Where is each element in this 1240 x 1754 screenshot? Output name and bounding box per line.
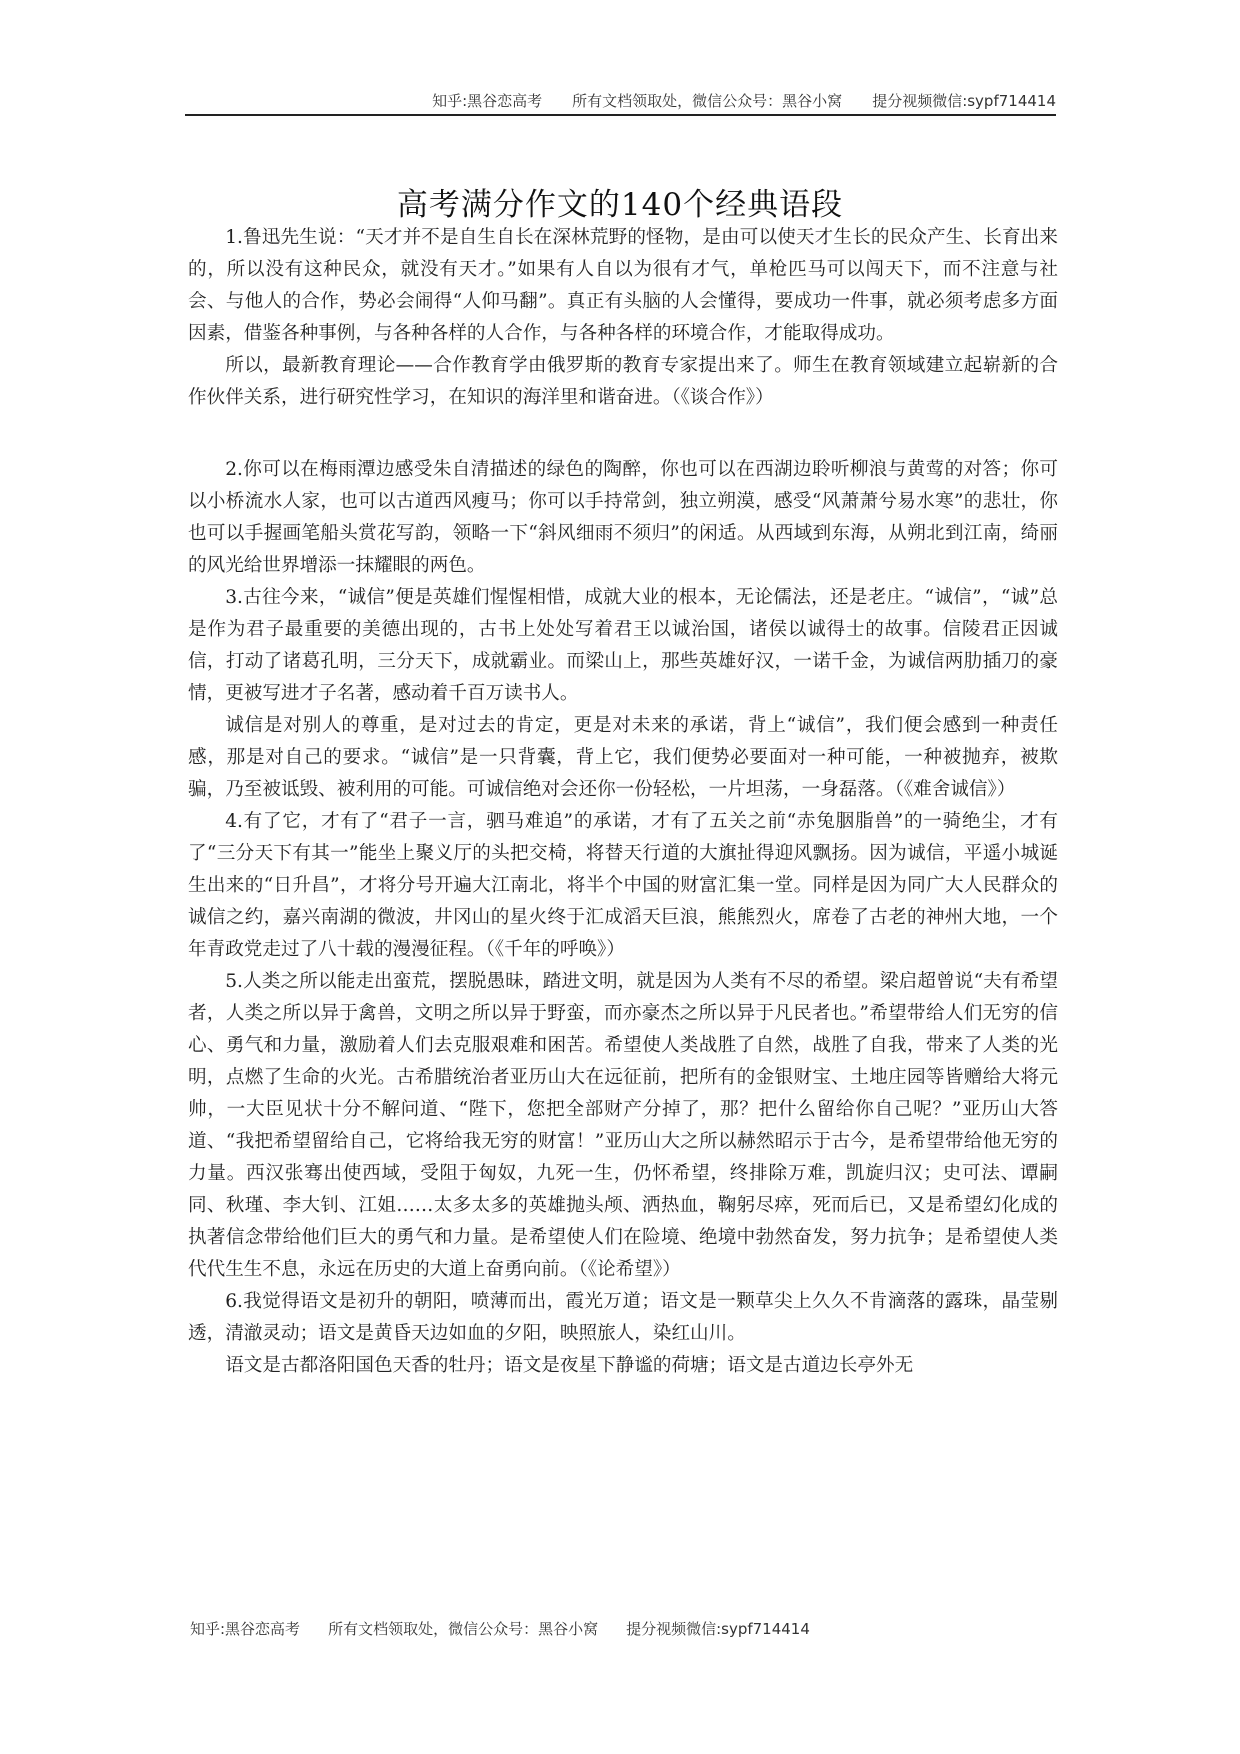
- footer-zhihu: 知乎:黑谷恋高考: [190, 1618, 300, 1639]
- page-header: 知乎:黑谷恋高考 所有文档领取处，微信公众号：黑谷小窝 提分视频微信:sypf7…: [185, 88, 1056, 116]
- footer-wechat-public: 所有文档领取处，微信公众号：黑谷小窝: [328, 1618, 598, 1639]
- paragraph-1: 1.鲁迅先生说：“天才并不是自生自长在深林荒野的怪物，是由可以使天才生长的民众产…: [188, 222, 1058, 350]
- paragraph-5: 5.人类之所以能走出蛮荒，摆脱愚昧，踏进文明，就是因为人类有不尽的希望。梁启超曾…: [188, 966, 1058, 1286]
- document-title: 高考满分作文的140个经典语段: [0, 179, 1240, 224]
- header-wechat-public: 所有文档领取处，微信公众号：黑谷小窝: [572, 90, 842, 111]
- paragraph-1-cont: 所以，最新教育理论——合作教育学由俄罗斯的教育专家提出来了。师生在教育领域建立起…: [188, 350, 1058, 414]
- paragraph-2: 2.你可以在梅雨潭边感受朱自清描述的绿色的陶醉，你也可以在西湖边聆听柳浪与黄莺的…: [188, 454, 1058, 582]
- header-zhihu: 知乎:黑谷恋高考: [432, 90, 542, 111]
- paragraph-3-cont: 诚信是对别人的尊重，是对过去的肯定，更是对未来的承诺，背上“诚信”，我们便会感到…: [188, 710, 1058, 806]
- paragraph-6-cont: 语文是古都洛阳国色天香的牡丹；语文是夜星下静谧的荷塘；语文是古道边长亭外无: [188, 1350, 1058, 1382]
- header-video-wechat: 提分视频微信:sypf714414: [872, 90, 1056, 111]
- document-body: 1.鲁迅先生说：“天才并不是自生自长在深林荒野的怪物，是由可以使天才生长的民众产…: [188, 222, 1058, 1382]
- page-footer: 知乎:黑谷恋高考 所有文档领取处，微信公众号：黑谷小窝 提分视频微信:sypf7…: [190, 1618, 810, 1639]
- paragraph-6: 6.我觉得语文是初升的朝阳，喷薄而出，霞光万道；语文是一颗草尖上久久不肯滴落的露…: [188, 1286, 1058, 1350]
- footer-video-wechat: 提分视频微信:sypf714414: [626, 1618, 810, 1639]
- paragraph-4: 4.有了它，才有了“君子一言，驷马难追”的承诺，才有了五关之前“赤兔胭脂兽”的一…: [188, 806, 1058, 966]
- paragraph-3: 3.古往今来，“诚信”便是英雄们惺惺相惜，成就大业的根本，无论儒法，还是老庄。“…: [188, 582, 1058, 710]
